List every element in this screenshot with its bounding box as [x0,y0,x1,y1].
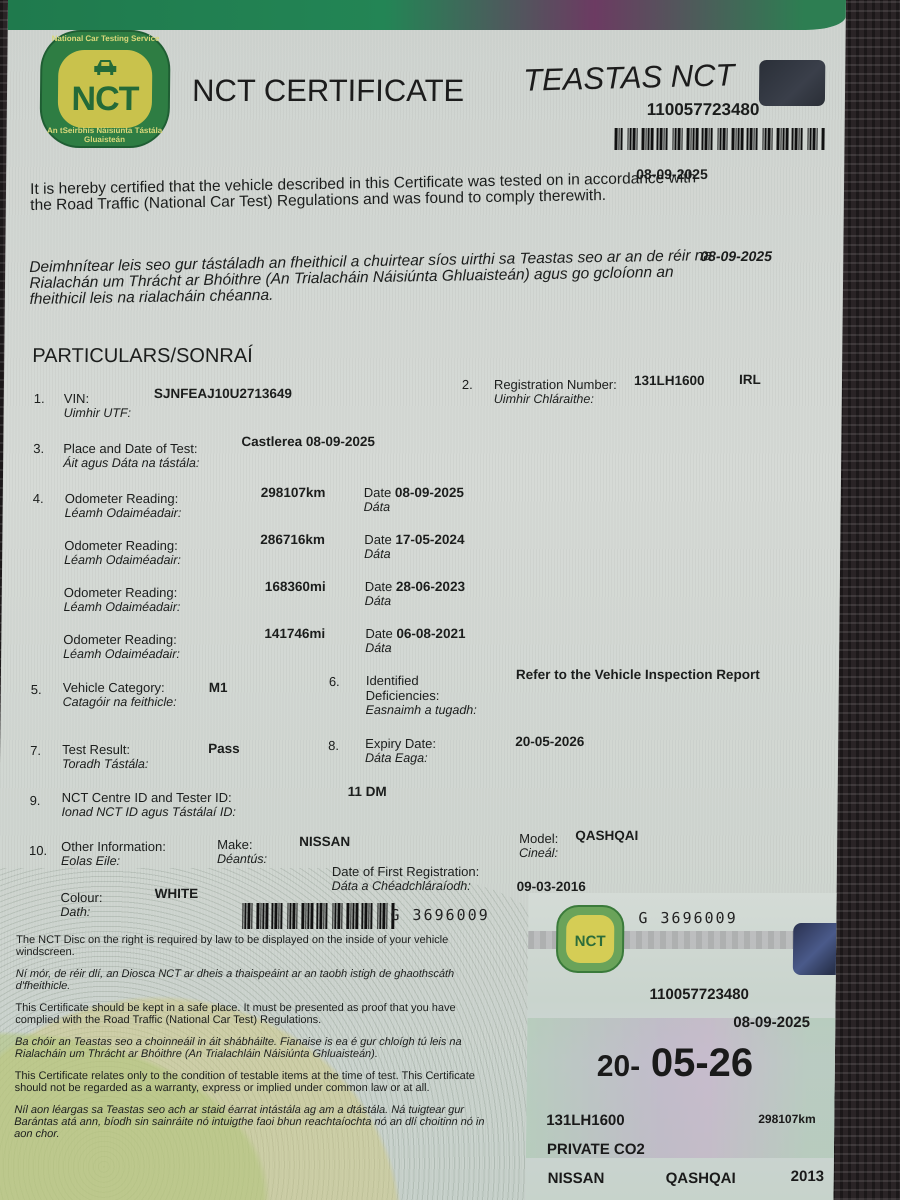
legal-note: Ní mór, de réir dlí, an Diosca NCT ar dh… [16,968,501,992]
legal-note: This Certificate should be kept in a saf… [15,1002,500,1026]
disc-expiry-prefix: 20- [597,1050,641,1084]
odometer-date: Date 08-09-2025Dáta [364,485,464,515]
certificate-number: 110057723480 [647,100,760,120]
item-number: 8. [328,738,339,753]
registration-label: Registration Number:Uimhir Chláraithe: [494,377,617,407]
logo-text: NCT [58,80,152,119]
item-number: 9. [30,793,41,808]
disc-logo-text: NCT [566,933,614,950]
category-value: M1 [209,680,228,695]
odometer-value: 168360mi [265,579,326,594]
disc-expiry-date: 05-26 [651,1041,754,1086]
disc-serial: G 3696009 [638,909,737,927]
disc-color-band [526,1018,846,1158]
disc-test-date: 08-09-2025 [733,1014,810,1031]
item-number: 6. [329,674,340,689]
certificate-title-en: NCT CERTIFICATE [192,73,465,109]
test-result-value: Pass [208,741,240,756]
odometer-date: Date 17-05-2024Dáta [364,532,464,562]
make-value: NISSAN [299,834,350,849]
hologram-seal-icon [759,60,825,106]
colour-label: Colour:Dath: [60,890,102,920]
item-number: 2. [462,377,473,392]
disc-model: QASHQAI [666,1170,736,1187]
registration-value: 131LH1600 [634,373,705,388]
disc-category: PRIVATE CO2 [547,1141,645,1158]
odometer-date: Date 06-08-2021Dáta [365,626,465,656]
centre-label: NCT Centre ID and Tester ID:Ionad NCT ID… [61,790,236,820]
disc-make: NISSAN [548,1170,605,1187]
certification-text-ga: Deimhnítear leis seo gur tástáladh an fh… [29,248,719,308]
car-icon [92,58,118,76]
certificate-title-ga: TEASTAS NCT [523,57,735,99]
registration-country: IRL [739,372,761,387]
particulars-title: PARTICULARS/SONRAÍ [32,345,253,368]
odometer-label: Odometer Reading:Léamh Odaiméadair: [63,632,180,662]
result-label: Test Result:Toradh Tástála: [62,742,149,772]
legal-note: Ba chóir an Teastas seo a choinneáil in … [15,1036,500,1060]
legal-note: This Certificate relates only to the con… [15,1070,500,1094]
disc-nct-logo: NCT [556,905,625,973]
odometer-value: 298107km [261,485,326,500]
legal-notes: The NCT Disc on the right is required by… [14,934,501,1150]
logo-ring-text-top: National Car Testing Service [43,34,169,43]
odometer-label: Odometer Reading:Léamh Odaiméadair: [64,585,181,615]
vin-value: SJNFEAJ10U2713649 [154,386,292,401]
item-number: 7. [30,743,41,758]
place-date-label: Place and Date of Test:Áit agus Dáta na … [63,441,200,471]
place-date-value: Castlerea 08-09-2025 [241,434,375,449]
item-number: 4. [33,491,44,506]
nct-disc: NCT G 3696009 110057723480 08-09-2025 20… [525,893,846,1200]
model-label: Model:Cineál: [519,831,558,861]
model-value: QASHQAI [575,828,638,843]
odometer-label: Odometer Reading:Léamh Odaiméadair: [65,491,182,521]
odometer-date: Date 28-06-2023Dáta [365,579,465,609]
disc-odometer: 298107km [758,1112,816,1126]
item-number: 5. [31,682,42,697]
colour-value: WHITE [155,886,199,901]
odometer-label: Odometer Reading:Léamh Odaiméadair: [64,538,181,568]
item-number: 10. [29,843,47,858]
item-number: 3. [33,441,44,456]
expiry-label: Expiry Date:Dáta Eaga: [365,736,436,766]
certification-text-en: It is hereby certified that the vehicle … [30,170,720,214]
other-info-label: Other Information:Eolas Eile: [61,839,166,869]
barcode-icon [238,903,395,929]
disc-year: 2013 [791,1168,825,1185]
nct-logo: National Car Testing Service NCT An tSei… [39,30,170,148]
disc-hologram-icon [793,923,846,975]
serial-number: G 3696009 [390,906,489,924]
deficiencies-value: Refer to the Vehicle Inspection Report [516,667,760,682]
disc-registration: 131LH1600 [546,1112,625,1129]
legal-note: Níl aon léargas sa Teastas seo ach ar st… [14,1104,499,1140]
item-number: 1. [34,391,45,406]
legal-note: The NCT Disc on the right is required by… [16,934,501,958]
odometer-value: 286716km [260,532,325,547]
top-color-band [8,0,846,30]
disc-certificate-number: 110057723480 [649,986,748,1003]
first-registration-value: 09-03-2016 [517,879,586,894]
make-label: Make:Déantús: [217,837,267,867]
deficiencies-label: IdentifiedDeficiencies:Easnaimh a tugadh… [365,673,477,718]
logo-ring-text-bottom: An tSeirbhís Náisiúnta Tástála Gluaisteá… [41,126,167,144]
nct-certificate: National Car Testing Service NCT An tSei… [0,0,846,1200]
centre-tester-value: 11 DM [348,784,387,799]
odometer-value: 141746mi [264,626,325,641]
vin-label: VIN:Uimhir UTF: [64,391,132,421]
barcode-icon [614,128,825,150]
expiry-date-value: 20-05-2026 [515,734,584,749]
category-label: Vehicle Category:Catagóir na feithicle: [63,680,177,710]
